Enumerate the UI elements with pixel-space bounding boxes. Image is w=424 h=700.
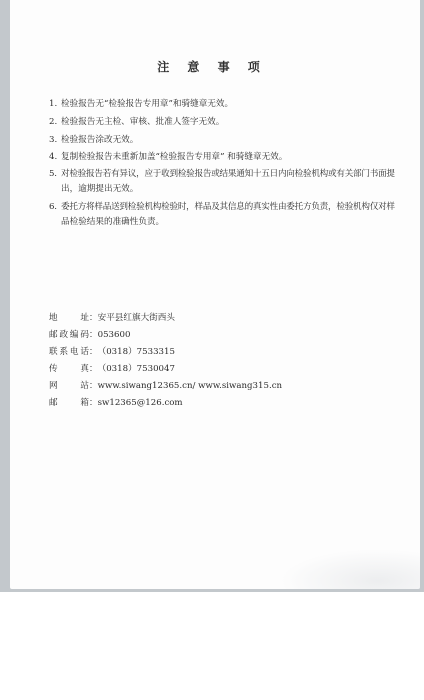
contact-label: 邮政编码 [49, 330, 89, 340]
notice-text: 复制检验报告未重新加盖“检验报告专用章” 和骑缝章无效。 [61, 152, 287, 162]
notice-number: 4. [49, 152, 61, 162]
contact-value: sw12365@126.com [98, 398, 183, 408]
notice-item-5: 5.对检验报告若有异议，应于收到检验报告或结果通知十五日内向检验机构或有关部门书… [49, 169, 395, 179]
contact-value: 安平县红旗大街西头 [98, 313, 175, 323]
notice-text: 对检验报告若有异议，应于收到检验报告或结果通知十五日内向检验机构或有关部门书面提 [61, 169, 395, 179]
notice-text: 委托方将样品送到检验机构检验时，样品及其信息的真实性由委托方负责，检验机构仅对样 [61, 202, 395, 212]
notice-item-6-continuation: 品检验结果的准确性负责。 [61, 217, 164, 227]
contact-address: 地 址：安平县红旗大街西头 [49, 313, 175, 323]
notice-text: 检验报告无“检验报告专用章”和骑缝章无效。 [61, 99, 233, 109]
contact-label: 地 址 [49, 313, 89, 323]
contact-website: 网 站：www.siwang12365.cn/ www.siwang315.cn [49, 381, 282, 391]
contact-postcode: 邮政编码：053600 [49, 330, 130, 340]
contact-email: 邮 箱：sw12365@126.com [49, 398, 183, 408]
contact-value: 053600 [98, 330, 131, 340]
contact-fax: 传 真：（0318）7530047 [49, 364, 175, 374]
notice-number: 5. [49, 169, 61, 179]
contact-label: 联系电话 [49, 347, 89, 357]
contact-label: 网 站 [49, 381, 89, 391]
notice-item-5-continuation: 出，逾期提出无效。 [61, 184, 138, 194]
notice-number: 2. [49, 117, 61, 127]
contact-label: 邮 箱 [49, 398, 89, 408]
notice-item-1: 1.检验报告无“检验报告专用章”和骑缝章无效。 [49, 99, 233, 109]
notice-number: 3. [49, 135, 61, 145]
notice-number: 6. [49, 202, 61, 212]
contact-phone: 联系电话：（0318）7533315 [49, 347, 175, 357]
notice-text: 检验报告涂改无效。 [61, 135, 138, 145]
notice-item-6: 6.委托方将样品送到检验机构检验时，样品及其信息的真实性由委托方负责，检验机构仅… [49, 202, 395, 212]
notice-number: 1. [49, 99, 61, 109]
notice-item-2: 2.检验报告无主检、审核、批准人签字无效。 [49, 117, 224, 127]
notice-text: 检验报告无主检、审核、批准人签字无效。 [61, 117, 224, 127]
document-page [10, 0, 420, 589]
page-title: 注 意 事 项 [0, 58, 424, 75]
contact-value: （0318）7533315 [98, 347, 175, 357]
contact-label: 传 真 [49, 364, 89, 374]
contact-value: （0318）7530047 [98, 364, 175, 374]
contact-value: www.siwang12365.cn/ www.siwang315.cn [98, 381, 282, 391]
notice-item-4: 4.复制检验报告未重新加盖“检验报告专用章” 和骑缝章无效。 [49, 152, 287, 162]
notice-item-3: 3.检验报告涂改无效。 [49, 135, 138, 145]
